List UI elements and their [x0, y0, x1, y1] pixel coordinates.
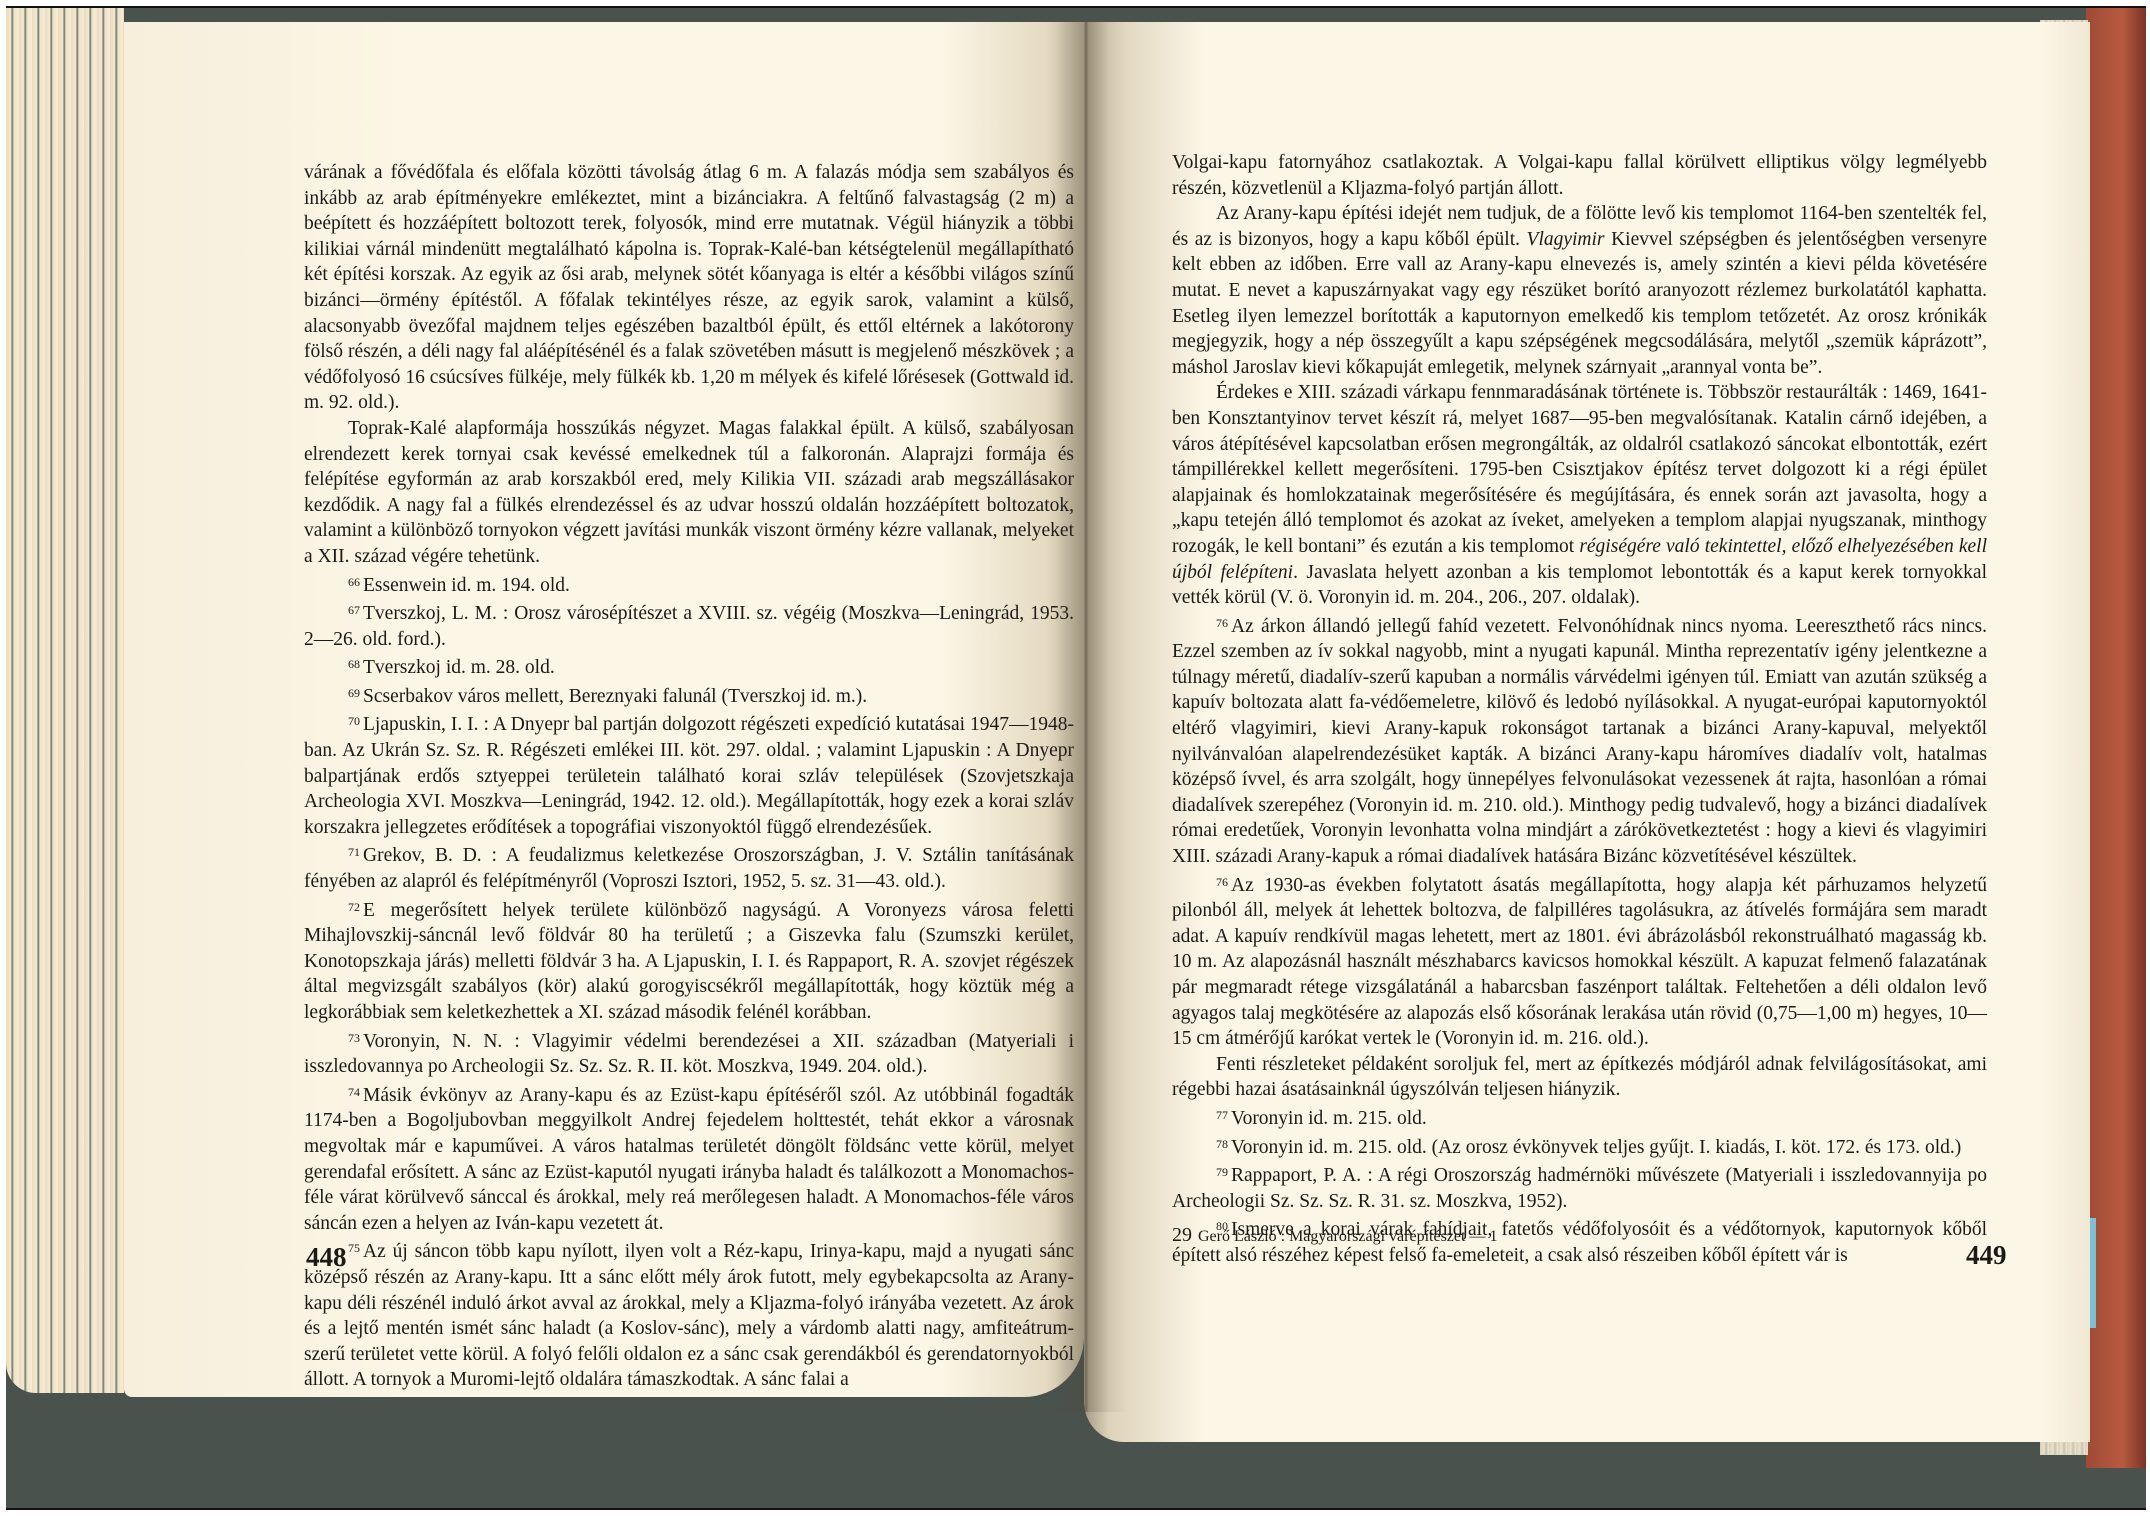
footnote-number: 76 — [1216, 875, 1228, 889]
footnote: 68Tverszkoj id. m. 28. old. — [304, 652, 1074, 681]
footnote-text: Voronyin, N. N. : Vlagyimir védelmi bere… — [304, 1031, 1074, 1078]
footnote: 71Grekov, B. D. : A feudalizmus keletkez… — [304, 840, 1074, 894]
left-page-text: várának a fővédőfala és előfala közötti … — [304, 160, 1074, 1393]
footnote-text: Essenwein id. m. 194. old. — [363, 575, 570, 596]
signature-text: Gerő László : Magyarországi várépítészet… — [1198, 1228, 1497, 1245]
footnote: 73Voronyin, N. N. : Vlagyimir védelmi be… — [304, 1026, 1074, 1080]
footnote-number: 69 — [348, 686, 360, 700]
footnote: 77Voronyin id. m. 215. old. — [1172, 1103, 1987, 1132]
text-run: . Javaslata helyett azonban a kis templo… — [1172, 562, 1987, 609]
footnote-text: E megerősített helyek területe különböző… — [304, 900, 1074, 1023]
footnote: 79Rappaport, P. A. : A régi Oroszország … — [1172, 1160, 1987, 1214]
footnote-number: 66 — [348, 575, 360, 589]
footnote: 74Másik évkönyv az Arany-kapu és az Ezüs… — [304, 1080, 1074, 1237]
footnote: 76Az 1930-as években folytatott ásatás m… — [1172, 870, 1987, 1052]
footnote-text: Tverszkoj, L. M. : Orosz városépítészet … — [304, 603, 1074, 650]
footnote: 70Ljapuskin, I. I. : A Dnyepr bal partjá… — [304, 709, 1074, 840]
left-page-edges — [6, 8, 124, 1393]
footnote: 67Tverszkoj, L. M. : Orosz városépítésze… — [304, 598, 1074, 652]
footnote: 76Az árkon állandó jellegű fahíd vezetet… — [1172, 611, 1987, 870]
footnote: 75Az új sáncon több kapu nyílott, ilyen … — [304, 1236, 1074, 1393]
page-number: 449 — [1966, 1240, 2007, 1271]
printer-signature: 29Gerő László : Magyarországi várépítész… — [1172, 1224, 1497, 1247]
footnote-text: Másik évkönyv az Arany-kapu és az Ezüst-… — [304, 1085, 1074, 1234]
footnote-number: 74 — [348, 1085, 360, 1099]
paragraph: Az Arany-kapu építési idejét nem tudjuk,… — [1172, 201, 1987, 380]
footnote-number: 67 — [348, 603, 360, 617]
right-page: Volgai-kapu fatornyához csatlakoztak. A … — [1084, 22, 2090, 1442]
footnote-number: 68 — [348, 657, 360, 671]
footnote-text: Az 1930-as években folytatott ásatás meg… — [1172, 875, 1987, 1050]
paragraph: Érdekes e XIII. századi várkapu fennmara… — [1172, 380, 1987, 610]
page-number: 448 — [306, 1242, 347, 1273]
footnote-number: 72 — [348, 900, 360, 914]
footnote-text: Rappaport, P. A. : A régi Oroszország ha… — [1172, 1165, 1987, 1212]
signature-number: 29 — [1172, 1224, 1192, 1246]
footnote-text: Ljapuskin, I. I. : A Dnyepr bal partján … — [304, 714, 1074, 837]
book-scan: várának a fővédőfala és előfala közötti … — [6, 6, 2146, 1510]
footnote-number: 75 — [348, 1241, 360, 1255]
left-page: várának a fővédőfala és előfala közötti … — [124, 22, 1084, 1397]
footnote-text: Scserbakov város mellett, Bereznyaki fal… — [363, 686, 867, 707]
text-run: Érdekes e XIII. századi várkapu fennmara… — [1172, 382, 1987, 557]
footnote: 66Essenwein id. m. 194. old. — [304, 570, 1074, 599]
footnote-number: 71 — [348, 845, 360, 859]
footnote-text: Az új sáncon több kapu nyílott, ilyen vo… — [304, 1241, 1074, 1390]
footnote-text: Tverszkoj id. m. 28. old. — [363, 657, 555, 678]
footnote-number: 79 — [1216, 1165, 1228, 1179]
footnote: 72E megerősített helyek területe különbö… — [304, 895, 1074, 1026]
footnote-number: 76 — [1216, 616, 1228, 630]
footnote: 69Scserbakov város mellett, Bereznyaki f… — [304, 681, 1074, 710]
footnote-text: Grekov, B. D. : A feudalizmus keletkezés… — [304, 845, 1074, 892]
text-run: Kievvel szépségben és jelentőségben vers… — [1172, 229, 1987, 378]
paragraph: Toprak-Kalé alapformája hosszúkás négyze… — [304, 416, 1074, 570]
paragraph: várának a fővédőfala és előfala közötti … — [304, 160, 1074, 416]
footnote-number: 77 — [1216, 1108, 1228, 1122]
footnote-text: Az árkon állandó jellegű fahíd vezetett.… — [1172, 616, 1987, 867]
footnote-text: Voronyin id. m. 215. old. (Az orosz évkö… — [1231, 1137, 1961, 1158]
paragraph: Fenti részleteket példaként soroljuk fel… — [1172, 1052, 1987, 1103]
paragraph: Volgai-kapu fatornyához csatlakoztak. A … — [1172, 150, 1987, 201]
footnote-number: 70 — [348, 714, 360, 728]
footnote-number: 78 — [1216, 1137, 1228, 1151]
footnote-text: Voronyin id. m. 215. old. — [1231, 1108, 1427, 1129]
right-page-text: Volgai-kapu fatornyához csatlakoztak. A … — [1172, 150, 1987, 1269]
footnote-number: 73 — [348, 1031, 360, 1045]
footnote: 78Voronyin id. m. 215. old. (Az orosz év… — [1172, 1132, 1987, 1161]
italic-text: Vlagyimir — [1527, 229, 1605, 250]
